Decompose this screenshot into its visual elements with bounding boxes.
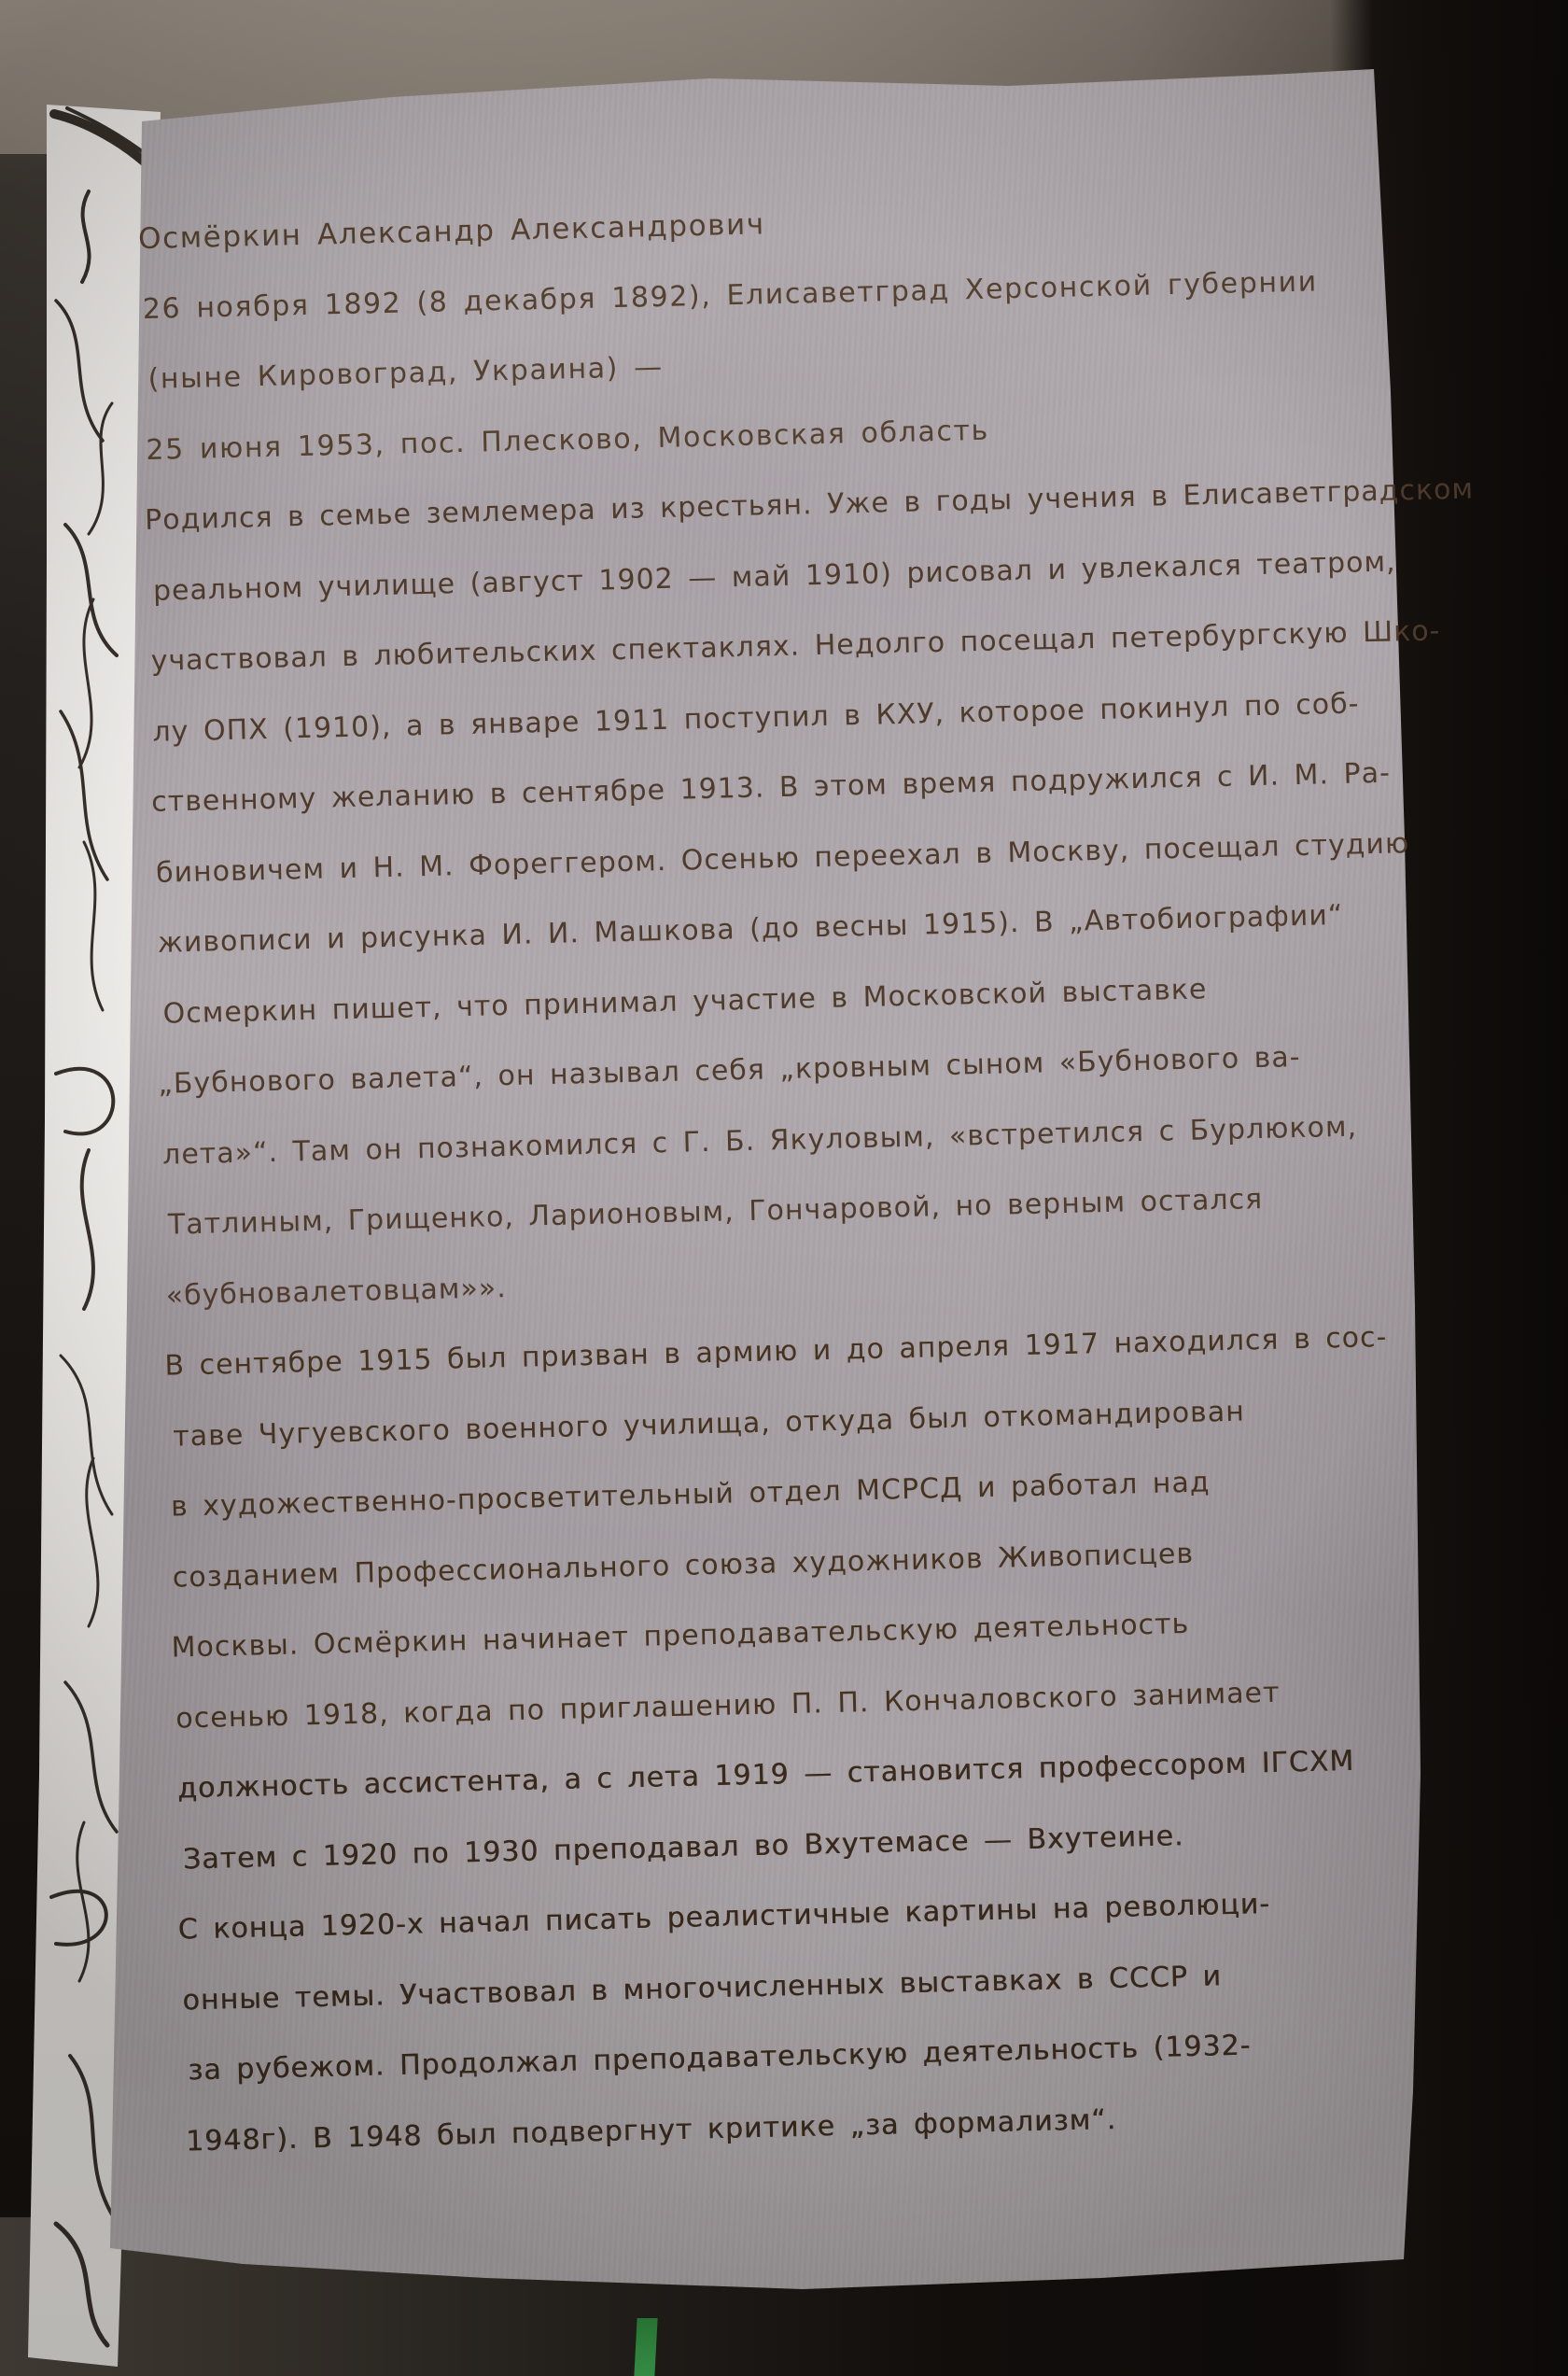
handwriting-text: Осмёркин Александр Александрович26 ноябр… — [140, 174, 1457, 2177]
photo-scene: Осмёркин Александр Александрович26 ноябр… — [0, 0, 1568, 2376]
